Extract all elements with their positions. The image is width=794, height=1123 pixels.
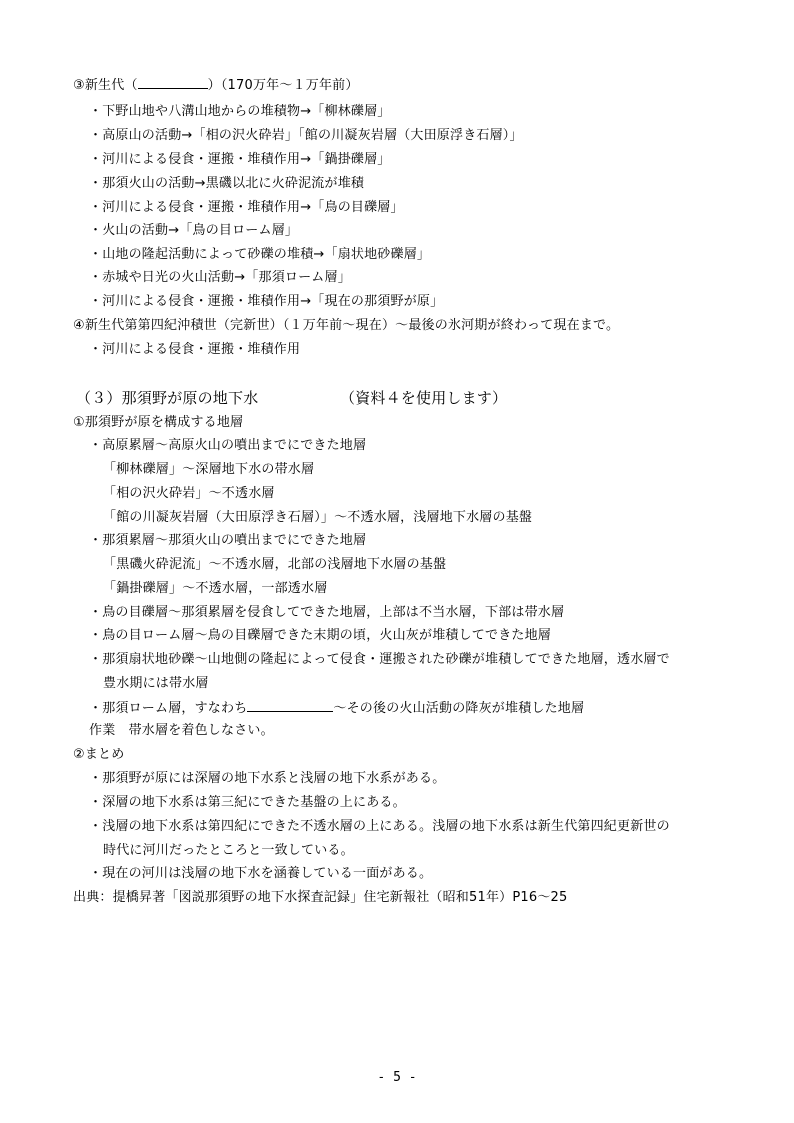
- fill-in-blank[interactable]: [247, 699, 333, 712]
- section-heading-holocene: ④新生代第第四紀沖積世（完新世）（１万年前～現在）～最後の氷河期が終わって現在ま…: [73, 318, 619, 334]
- list-item: ・那須扇状地砂礫～山地側の隆起によって侵食・運搬された砂礫が堆積してできた地層，…: [89, 652, 670, 668]
- list-item: ・鳥の目ローム層～鳥の目礫層できた末期の頃，火山灰が堆積してできた地層: [89, 628, 551, 644]
- list-item: ・河川による侵食・運搬・堆積作用: [89, 342, 300, 358]
- subsection-heading-strata: ①那須野が原を構成する地層: [73, 415, 243, 431]
- source-citation: 出典：提橋昇著「図説那須野の地下水探査記録」住宅新報社（昭和51年）P16～25: [73, 890, 567, 906]
- list-item-loam: ・那須ローム層，すなわち～その後の火山活動の降灰が堆積した地層: [89, 699, 584, 717]
- fill-in-blank[interactable]: [138, 76, 208, 89]
- list-subitem: 「黒磯火砕泥流」～不透水層，北部の浅層地下水層の基盤: [103, 557, 446, 573]
- list-subitem: 「鍋掛礫層」～不透水層，一部透水層: [103, 581, 327, 597]
- heading-suffix: ）（170万年～１万年前）: [208, 78, 359, 93]
- list-item: ・河川による侵食・運搬・堆積作用→「鍋掛礫層」: [89, 152, 391, 168]
- list-item-continuation: 豊水期には帯水層: [103, 676, 209, 692]
- list-item: ・火山の活動→「鳥の目ローム層」: [89, 223, 298, 239]
- page-number: - 5 -: [0, 1070, 794, 1085]
- heading-prefix: ③新生代（: [73, 78, 138, 93]
- subsection-heading-summary: ②まとめ: [73, 747, 124, 763]
- list-item: ・浅層の地下水系は第四紀にできた不透水層の上にある。浅層の地下水系は新生代第四紀…: [89, 819, 670, 835]
- section-note: （資料４を使用します）: [340, 389, 507, 407]
- document-page: ③新生代（）（170万年～１万年前） ・下野山地や八溝山地からの堆積物→「柳林礫…: [0, 0, 794, 1123]
- list-item: ・河川による侵食・運搬・堆積作用→「鳥の目礫層」: [89, 200, 404, 216]
- section-heading-cenozoic: ③新生代（）（170万年～１万年前）: [73, 76, 359, 94]
- task-instruction: 作業 帯水層を着色しなさい。: [89, 723, 274, 739]
- list-item: ・那須火山の活動→黒磯以北に火砕泥流が堆積: [89, 176, 364, 192]
- list-item: ・河川による侵食・運搬・堆積作用→「現在の那須野が原」: [89, 294, 443, 310]
- list-item: ・深層の地下水系は第三紀にできた基盤の上にある。: [89, 795, 406, 811]
- list-item: ・赤城や日光の火山活動→「那須ローム層」: [89, 270, 351, 286]
- list-item: ・高原累層～高原火山の噴出までにできた地層: [89, 438, 366, 454]
- list-item: ・山地の隆起活動によって砂礫の堆積→「扇状地砂礫層」: [89, 247, 430, 263]
- loam-prefix: ・那須ローム層，すなわち: [89, 701, 247, 716]
- list-subitem: 「相の沢火砕岩」～不透水層: [103, 486, 275, 502]
- list-item-continuation: 時代に河川だったところと一致している。: [103, 843, 354, 859]
- loam-suffix: ～その後の火山活動の降灰が堆積した地層: [333, 701, 584, 716]
- list-subitem: 「館の川凝灰岩層（大田原浮き石層）」～不透水層，浅層地下水層の基盤: [103, 510, 532, 526]
- list-item: ・那須野が原には深層の地下水系と浅層の地下水系がある。: [89, 771, 445, 787]
- list-item: ・那須累層～那須火山の噴出までにできた地層: [89, 533, 366, 549]
- section-title-groundwater: （３）那須野が原の地下水: [76, 389, 258, 407]
- list-subitem: 「柳林礫層」～深層地下水の帯水層: [103, 462, 314, 478]
- list-item: ・現在の河川は浅層の地下水を涵養している一面がある。: [89, 866, 432, 882]
- list-item: ・鳥の目礫層～那須累層を侵食してできた地層，上部は不当水層，下部は帯水層: [89, 605, 564, 621]
- list-item: ・下野山地や八溝山地からの堆積物→「柳林礫層」: [89, 104, 391, 120]
- list-item: ・高原山の活動→「相の沢火砕岩」「館の川凝灰岩層（大田原浮き石層）」: [89, 128, 523, 144]
